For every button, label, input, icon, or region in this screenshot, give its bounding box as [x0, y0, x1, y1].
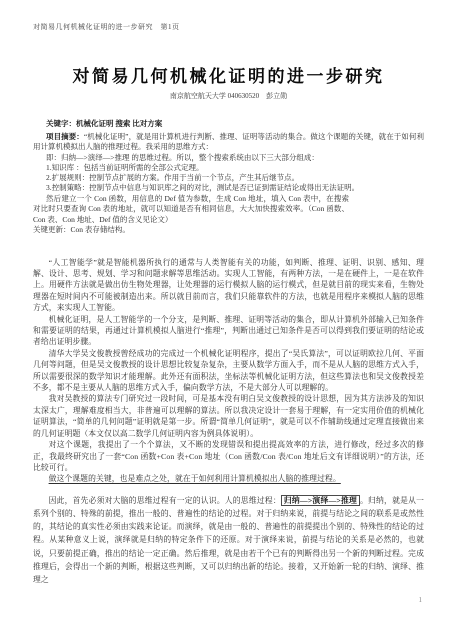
- keywords-line: 关键字：机械化证明 搜索 比对方案: [46, 118, 424, 129]
- thinking-process-flow-box: 归纳—>演绎—>推理: [281, 495, 360, 507]
- keywords-label: 关键字：: [46, 119, 76, 128]
- keywords-text: 机械化证明 搜索 比对方案: [76, 119, 162, 128]
- paragraph-artificial-intelligence: “人工智能学”就是智能机器所执行的通常与人类智能有关的功能，如判断、推理、证明、…: [33, 257, 424, 314]
- running-header: 对简易几何机械化证明的进一步研究 第1页: [33, 22, 424, 32]
- paragraph-own-research: 我对吴教授的算法专门研究过一段时间，可是基本没有明白吴文俊教授的设计思想，因为其…: [33, 393, 424, 439]
- body-section: “人工智能学”就是智能机器所执行的通常与人类智能有关的功能，如判断、推理、证明、…: [33, 257, 424, 587]
- thinking-process-pre: 因此，首先必须对大脑的思维过程有一定的认识。人的思维过程：: [49, 496, 281, 505]
- paragraph-wu-method: 清华大学吴文俊教授曾经成功的完成过一个机械化证明程序，提出了“吴氏算法”，可以证…: [33, 348, 424, 394]
- abstract-label: 项目摘要：: [46, 132, 84, 141]
- abstract-process-line: 即：归纳—>演绎—>推理 的思维过程。所以，整个搜索系统由以下三大部分组成：: [33, 153, 424, 164]
- abstract-intro: 项目摘要：“机械化证明”，就是用计算机进行判断、推理、证明等活动的集合。做这个课…: [33, 132, 424, 153]
- abstract-item-control-strategy: 3.控制策略：控制节点中信息与知识库之间的对比，测试是否已证到需证结论或得出无法…: [46, 183, 424, 193]
- paragraph-thinking-process: 因此，首先必须对大脑的思维过程有一定的认识。人的思维过程：归纳—>演绎—>推理。…: [33, 494, 424, 586]
- abstract-item-knowledge-base: 1.知识库 ：包括当前证明所需的全部公式定理。: [46, 163, 424, 173]
- thinking-process-post: 。归纳，就是从一系列个别的、特殊的前提，推出一般的、普遍性的结论的过程。对于归纳…: [33, 496, 424, 584]
- abstract-key-update: 关键更新：Con 表存储结构。: [33, 225, 424, 236]
- paragraph-mechanized-proof: 机械化证明，是人工智能学的一个分支，是判断、推理、证明等活动的集合，即从计算机外…: [33, 314, 424, 348]
- document-page: 对简易几何机械化证明的进一步研究 第1页 对简易几何机械化证明的进一步研究 南京…: [0, 0, 453, 640]
- byline: 南京航空航天大学 040630520 彭立勋: [33, 91, 424, 101]
- abstract-intro-text: “机械化证明”，就是用计算机进行判断、推理、证明等活动的集合。做这个课题的关键，…: [33, 132, 424, 152]
- abstract-item-expansion-rule: 2.扩展规则：控制节点扩展的方案。作用于当前一个节点，产生其后继节点。: [46, 173, 424, 183]
- page-number: 1: [419, 596, 423, 604]
- paragraph-key-difficulty-underlined: 做这个课题的关键，也是难点之处，就在于如何利用计算机模拟出人脑的推理过程。: [33, 473, 424, 484]
- paragraph-con-method: 对这个课题，我提出了一个个算法，又不断的发现错误和提出提高效率的方法，进行修改，…: [33, 439, 424, 473]
- abstract-con-note: 然后建立一个 Con 函数，用信息的 Def 值为参数，生成 Con 地址，填入…: [33, 194, 349, 226]
- page-title: 对简易几何机械化证明的进一步研究: [33, 62, 424, 87]
